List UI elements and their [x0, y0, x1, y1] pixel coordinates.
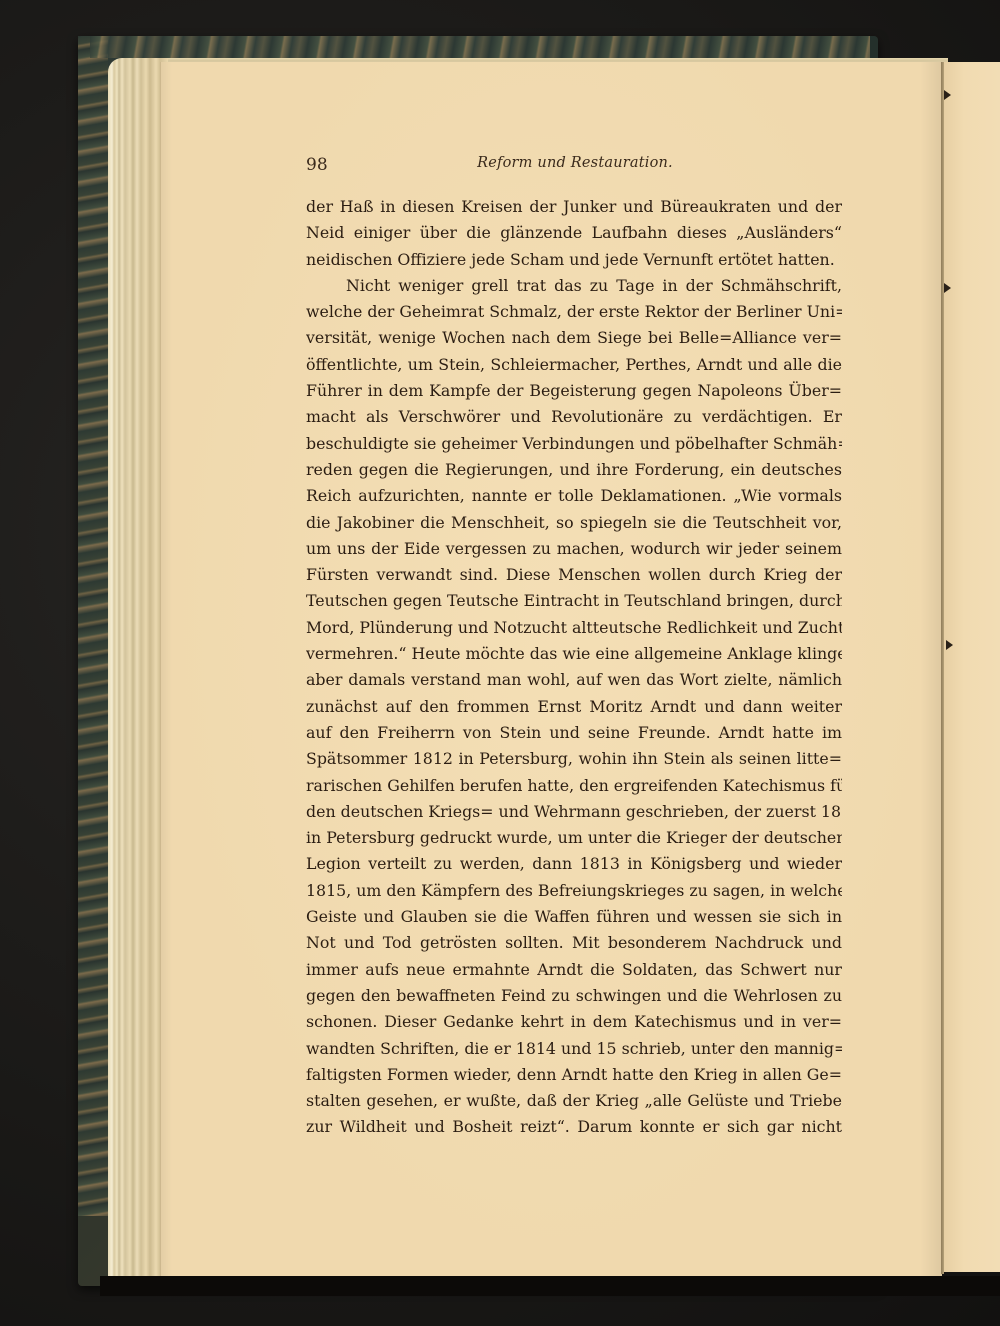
marbled-cover-top [90, 36, 870, 58]
next-page-edge [944, 62, 1000, 1272]
running-head: Reform und Restauration. [306, 155, 844, 171]
page-gutter [941, 62, 944, 1274]
text-line: gegen den bewaffneten Feind zu schwingen… [306, 983, 842, 1009]
text-line: vermehren.“ Heute möchte das wie eine al… [306, 641, 842, 667]
text-line: versität, wenige Wochen nach dem Siege b… [306, 325, 842, 351]
text-line: aber damals verstand man wohl, auf wen d… [306, 667, 842, 693]
text-line: reden gegen die Regierungen, und ihre Fo… [306, 457, 842, 483]
text-line: Legion verteilt zu werden, dann 1813 in … [306, 851, 842, 877]
text-line: die Jakobiner die Menschheit, so spiegel… [306, 510, 842, 536]
text-line: Teutschen gegen Teutsche Eintracht in Te… [306, 588, 842, 614]
text-line: öffentlichte, um Stein, Schleiermacher, … [306, 352, 842, 378]
page-mark-icon [946, 640, 953, 650]
page-mark-icon [944, 283, 951, 293]
text-line: Not und Tod getrösten sollten. Mit beson… [306, 930, 842, 956]
text-line: Mord, Plünderung und Notzucht altteutsch… [306, 615, 842, 641]
page-stack-left-edge [108, 58, 168, 1280]
text-line: 1815, um den Kämpfern des Befreiungskrie… [306, 878, 842, 904]
text-line: beschuldigte sie geheimer Verbindungen u… [306, 431, 842, 457]
text-line: welche der Geheimrat Schmalz, der erste … [306, 299, 842, 325]
text-line: Reich aufzurichten, nannte er tolle Dekl… [306, 483, 842, 509]
text-line: Neid einiger über die glänzende Laufbahn… [306, 220, 842, 246]
text-line: faltigsten Formen wieder, denn Arndt hat… [306, 1062, 842, 1088]
text-line: in Petersburg gedruckt wurde, um unter d… [306, 825, 842, 851]
page-header: 98 Reform und Restauration. [306, 155, 844, 179]
text-line: rarischen Gehilfen berufen hatte, den er… [306, 773, 842, 799]
text-line: schonen. Dieser Gedanke kehrt in dem Kat… [306, 1009, 842, 1035]
page-mark-icon [944, 90, 951, 100]
text-line: Spätsommer 1812 in Petersburg, wohin ihn… [306, 746, 842, 772]
text-line: stalten gesehen, er wußte, daß der Krieg… [306, 1088, 842, 1114]
body-text: der Haß in diesen Kreisen der Junker und… [306, 194, 842, 1141]
text-line: Nicht weniger grell trat das zu Tage in … [306, 273, 842, 299]
text-line: zunächst auf den frommen Ernst Moritz Ar… [306, 694, 842, 720]
marbled-cover-edge [78, 36, 108, 1216]
text-line: zur Wildheit und Bosheit reizt“. Darum k… [306, 1114, 842, 1140]
text-line: den deutschen Kriegs= und Wehrmann gesch… [306, 799, 842, 825]
text-line: Fürsten verwandt sind. Diese Menschen wo… [306, 562, 842, 588]
text-line: um uns der Eide vergessen zu machen, wod… [306, 536, 842, 562]
text-line: Geiste und Glauben sie die Waffen führen… [306, 904, 842, 930]
cover-bottom-board [100, 1276, 1000, 1296]
text-line: der Haß in diesen Kreisen der Junker und… [306, 194, 842, 220]
text-line: immer aufs neue ermahnte Arndt die Solda… [306, 957, 842, 983]
text-line: macht als Verschwörer und Revolutionäre … [306, 404, 842, 430]
text-line: wandten Schriften, die er 1814 und 15 sc… [306, 1036, 842, 1062]
text-line: neidischen Offiziere jede Scham und jede… [306, 247, 842, 273]
text-line: Führer in dem Kampfe der Begeisterung ge… [306, 378, 842, 404]
text-line: auf den Freiherrn von Stein und seine Fr… [306, 720, 842, 746]
